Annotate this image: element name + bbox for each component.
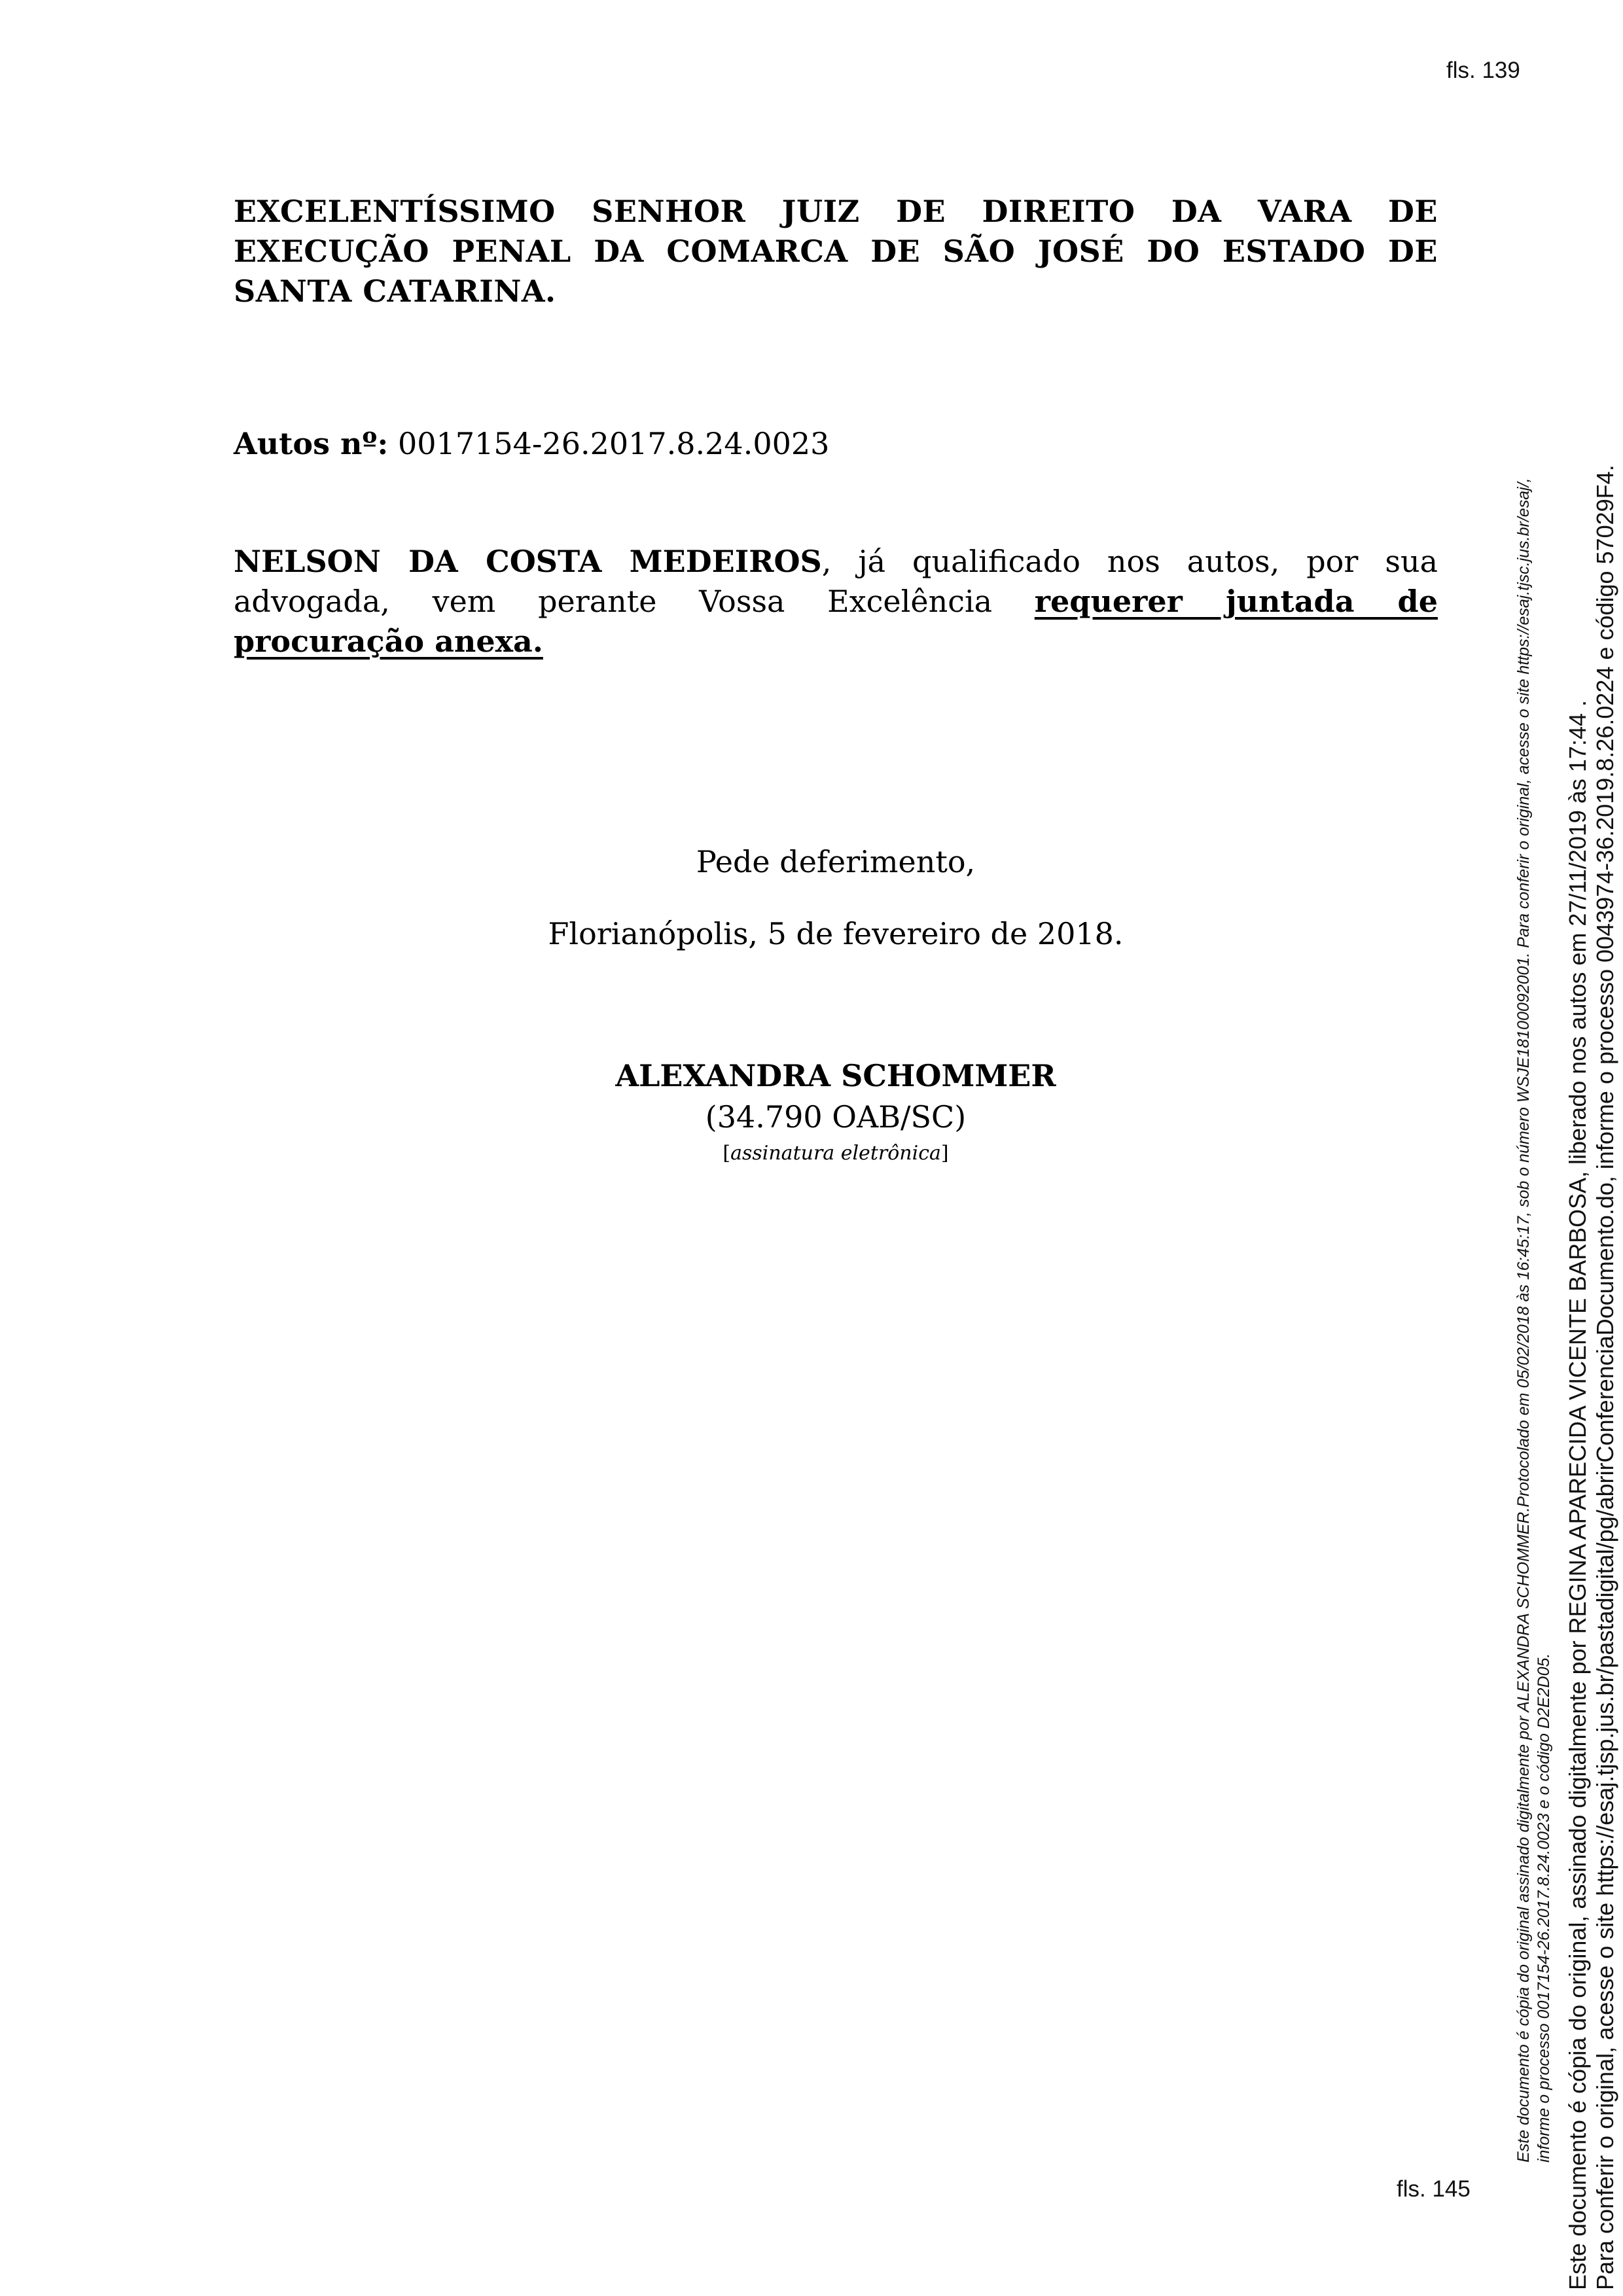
petition-request-part-1: requerer juntada de — [1035, 584, 1438, 619]
electronic-signature-note: [assinatura eletrônica] — [234, 1142, 1438, 1165]
heading-line-2: EXECUÇÃO PENAL DA COMARCA DE SÃO JOSÉ DO… — [234, 232, 1438, 272]
case-number-value: 0017154-26.2017.8.24.0023 — [388, 426, 829, 461]
signatory-registration: (34.790 OAB/SC) — [234, 1099, 1438, 1135]
heading-line-1: EXCELENTÍSSIMO SENHOR JUIZ DE DIREITO DA… — [234, 192, 1438, 232]
original-authenticity-line-1: Este documento é cópia do original assin… — [1514, 478, 1533, 2163]
petition-request-part-2: procuração anexa. — [234, 624, 543, 659]
petition-line-2-text: advogada, vem perante Vossa Excelência — [234, 584, 1035, 619]
page-number-bottom: fls. 145 — [1397, 2176, 1471, 2202]
electronic-signature-text: assinatura eletrônica — [730, 1142, 941, 1165]
petition-line-1: NELSON DA COSTA MEDEIROS, já qualificado… — [234, 542, 1438, 582]
page-number-top: fls. 139 — [1446, 58, 1520, 84]
petition-line-2: advogada, vem perante Vossa Excelência r… — [234, 582, 1438, 622]
case-number: Autos nº: 0017154-26.2017.8.24.0023 — [234, 424, 829, 463]
signatory-name: ALEXANDRA SCHOMMER — [234, 1058, 1438, 1093]
closing-request: Pede deferimento, — [234, 844, 1438, 879]
petition-line-1-text: , já qualificado nos autos, por sua — [822, 544, 1438, 579]
party-name: NELSON DA COSTA MEDEIROS — [234, 544, 822, 579]
place-and-date: Florianópolis, 5 de fevereiro de 2018. — [234, 916, 1438, 951]
case-number-label: Autos nº: — [234, 426, 388, 461]
addressee-heading: EXCELENTÍSSIMO SENHOR JUIZ DE DIREITO DA… — [234, 192, 1438, 311]
petition-line-3: procuração anexa. — [234, 622, 1438, 662]
petition-paragraph: NELSON DA COSTA MEDEIROS, já qualificado… — [234, 542, 1438, 662]
bracket-close: ] — [941, 1142, 949, 1165]
heading-line-3: SANTA CATARINA. — [234, 272, 1438, 311]
copy-authenticity-line-1: Este documento é cópia do original, assi… — [1564, 700, 1592, 2290]
copy-authenticity-line-2: Para conferir o original, acesse o site … — [1592, 465, 1619, 2290]
original-authenticity-line-2: informe o processo 0017154-26.2017.8.24.… — [1535, 1653, 1554, 2163]
bracket-open: [ — [722, 1142, 730, 1165]
